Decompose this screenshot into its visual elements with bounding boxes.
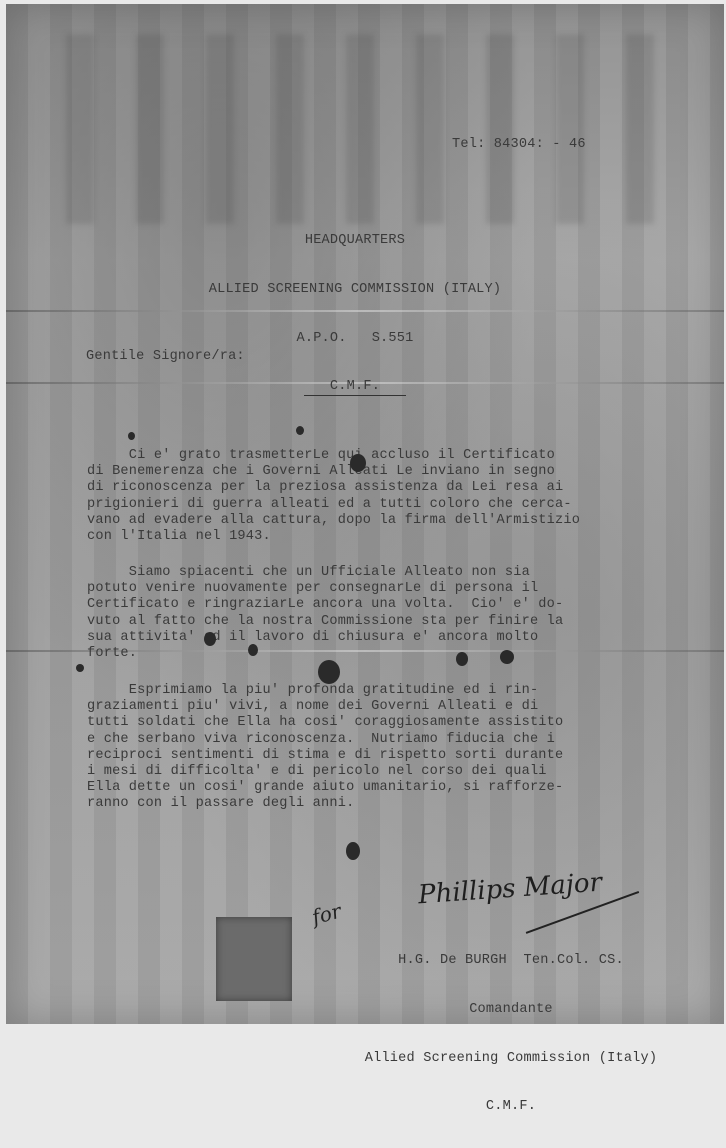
stamp-mark	[216, 917, 292, 1001]
ink-spot	[350, 454, 366, 472]
ink-spot	[346, 842, 360, 860]
paragraph-line: potuto venire nuovamente per consegnarLe…	[87, 581, 563, 597]
paragraph-line: Siamo spiacenti che un Ufficiale Alleato…	[87, 565, 563, 581]
letterhead-line-4: C.M.F.	[304, 379, 406, 396]
paragraph-line: con l'Italia nel 1943.	[87, 529, 580, 545]
paragraph-line: i mesi di difficolta' e di pericolo nel …	[87, 764, 563, 780]
ink-spot	[318, 660, 340, 684]
paragraph-line: di Benemerenza che i Governi Alleati Le …	[87, 464, 580, 480]
handwritten-for-mark: for	[309, 899, 343, 930]
paragraph-line: Ci e' grato trasmetterLe qui accluso il …	[87, 448, 580, 464]
letterhead: HEADQUARTERS ALLIED SCREENING COMMISSION…	[190, 201, 520, 429]
ink-spot	[500, 650, 514, 664]
signatory-title: Comandante	[341, 1002, 681, 1018]
paragraph-line: vano ad evadere alla cattura, dopo la fi…	[87, 513, 580, 529]
paragraph-line: prigionieri di guerra alleati ed a tutti…	[87, 497, 580, 513]
letterhead-line-1: HEADQUARTERS	[190, 233, 520, 249]
paragraph-line: sua attivita' ed il lavoro di chiusura e…	[87, 630, 563, 646]
signature-block: H.G. De BURGH Ten.Col. CS. Comandante Al…	[341, 921, 681, 1024]
paragraph-line: ranno con il passare degli anni.	[87, 796, 563, 812]
ink-spot	[128, 432, 135, 440]
ink-spot	[248, 644, 258, 656]
paragraph-line: e che serbano viva riconoscenza. Nutriam…	[87, 732, 563, 748]
paragraph-1: Ci e' grato trasmetterLe qui accluso il …	[87, 448, 580, 545]
paragraph-line: vuto al fatto che la nostra Commissione …	[87, 614, 563, 630]
paragraph-3: Esprimiamo la piu' profonda gratitudine …	[87, 683, 563, 813]
signatory-name: H.G. De BURGH Ten.Col. CS.	[341, 953, 681, 969]
letter-sheet: Tel: 84304: - 46 HEADQUARTERS ALLIED SCR…	[6, 4, 724, 1024]
letterhead-line-2: ALLIED SCREENING COMMISSION (ITALY)	[190, 282, 520, 298]
paragraph-line: graziamenti piu' vivi, a nome dei Govern…	[87, 699, 563, 715]
ink-spot	[76, 664, 84, 672]
paragraph-line: tutti soldati che Ella ha cosi' coraggio…	[87, 715, 563, 731]
paragraph-line: Esprimiamo la piu' profonda gratitudine …	[87, 683, 563, 699]
ink-spot	[204, 632, 216, 646]
paragraph-line: Certificato e ringraziarLe ancora una vo…	[87, 597, 563, 613]
ink-spot	[296, 426, 304, 435]
ink-spot	[456, 652, 468, 666]
salutation: Gentile Signore/ra:	[86, 349, 245, 365]
paragraph-line: reciproci sentimenti di stima e di rispe…	[87, 748, 563, 764]
telephone-number: Tel: 84304: - 46	[452, 137, 586, 153]
paragraph-line: di riconoscenza per la preziosa assisten…	[87, 480, 580, 496]
handwritten-signature: Phillips Major	[417, 868, 603, 911]
paragraph-2: Siamo spiacenti che un Ufficiale Alleato…	[87, 565, 563, 662]
paragraph-line: Ella dette un cosi' grande aiuto umanita…	[87, 780, 563, 796]
letterhead-line-3: A.P.O. S.551	[190, 331, 520, 347]
faded-letterhead-watermark	[66, 34, 666, 224]
